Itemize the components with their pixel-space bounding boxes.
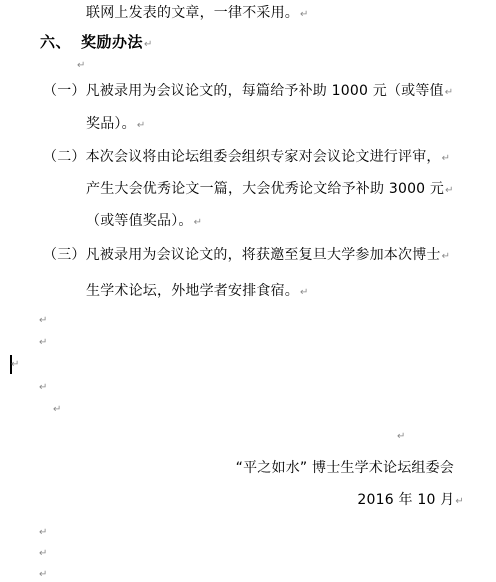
paragraph-mark-icon: ↵	[11, 359, 19, 371]
line-text: 凡被录用为会议论文的，将获邀至复旦大学参加本次博士	[86, 247, 441, 263]
item-label: （二）	[43, 149, 86, 165]
paragraph-mark-icon: ↵	[39, 548, 47, 560]
paragraph-line: 产生大会优秀论文一篇，大会优秀论文给予补助 3000 元↵	[86, 180, 454, 200]
paragraph-mark-icon: ↵	[300, 9, 309, 20]
paragraph-mark-icon: ↵	[137, 120, 146, 131]
paragraph-line: 联网上发表的文章，一律不采用。↵	[86, 4, 309, 24]
paragraph-mark-icon: ↵	[445, 185, 454, 196]
list-item: （二）本次会议将由论坛组委会组织专家对会议论文进行评审，↵	[43, 148, 450, 168]
paragraph-mark-icon: ↵	[442, 251, 451, 262]
paragraph-mark-icon: ↵	[39, 382, 47, 394]
heading-text: 奖励办法	[81, 33, 143, 51]
organizer-text: “平之如水” 博士生学术论坛组委会	[236, 460, 454, 476]
line-text: 本次会议将由论坛组委会组织专家对会议论文进行评审，	[86, 149, 441, 165]
date-text: 2016 年 10 月	[357, 492, 454, 508]
paragraph-mark-icon: ↵	[39, 569, 47, 581]
paragraph-mark-icon: ↵	[53, 404, 61, 416]
paragraph-line: 生学术论坛，外地学者安排食宿。↵	[86, 282, 309, 302]
paragraph-mark-icon: ↵	[445, 87, 454, 98]
paragraph-mark-icon: ↵	[77, 60, 85, 72]
line-text: 联网上发表的文章，一律不采用。	[86, 5, 299, 21]
line-text: 生学术论坛，外地学者安排食宿。	[86, 283, 299, 299]
item-label: （一）	[43, 83, 86, 99]
heading-number: 六、	[40, 33, 71, 51]
paragraph-mark-icon: ↵	[300, 287, 309, 298]
signature-organizer: “平之如水” 博士生学术论坛组委会	[236, 459, 454, 477]
paragraph-mark-icon: ↵	[442, 153, 451, 164]
line-text: 奖品）。	[86, 116, 136, 132]
paragraph-mark-icon: ↵	[39, 337, 47, 349]
paragraph-line: （或等值奖品）。↵	[86, 212, 202, 232]
line-text: 产生大会优秀论文一篇，大会优秀论文给予补助 3000 元	[86, 181, 444, 197]
paragraph-line: 奖品）。↵	[86, 115, 145, 135]
paragraph-mark-icon: ↵	[39, 527, 47, 539]
list-item: （一）凡被录用为会议论文的，每篇给予补助 1000 元（或等值↵	[43, 82, 453, 102]
paragraph-mark-icon: ↵	[397, 431, 405, 443]
signature-date: 2016 年 10 月↵	[357, 491, 464, 511]
document-page[interactable]: 联网上发表的文章，一律不采用。↵ 六、奖励办法↵ ↵ （一）凡被录用为会议论文的…	[0, 0, 496, 582]
paragraph-mark-icon: ↵	[455, 496, 464, 507]
paragraph-mark-icon: ↵	[144, 39, 153, 50]
section-heading: 六、奖励办法↵	[40, 33, 153, 54]
item-label: （三）	[43, 247, 86, 263]
list-item: （三）凡被录用为会议论文的，将获邀至复旦大学参加本次博士↵	[43, 246, 450, 266]
paragraph-mark-icon: ↵	[39, 315, 47, 327]
paragraph-mark-icon: ↵	[194, 217, 203, 228]
line-text: （或等值奖品）。	[86, 213, 193, 229]
line-text: 凡被录用为会议论文的，每篇给予补助 1000 元（或等值	[86, 83, 444, 99]
